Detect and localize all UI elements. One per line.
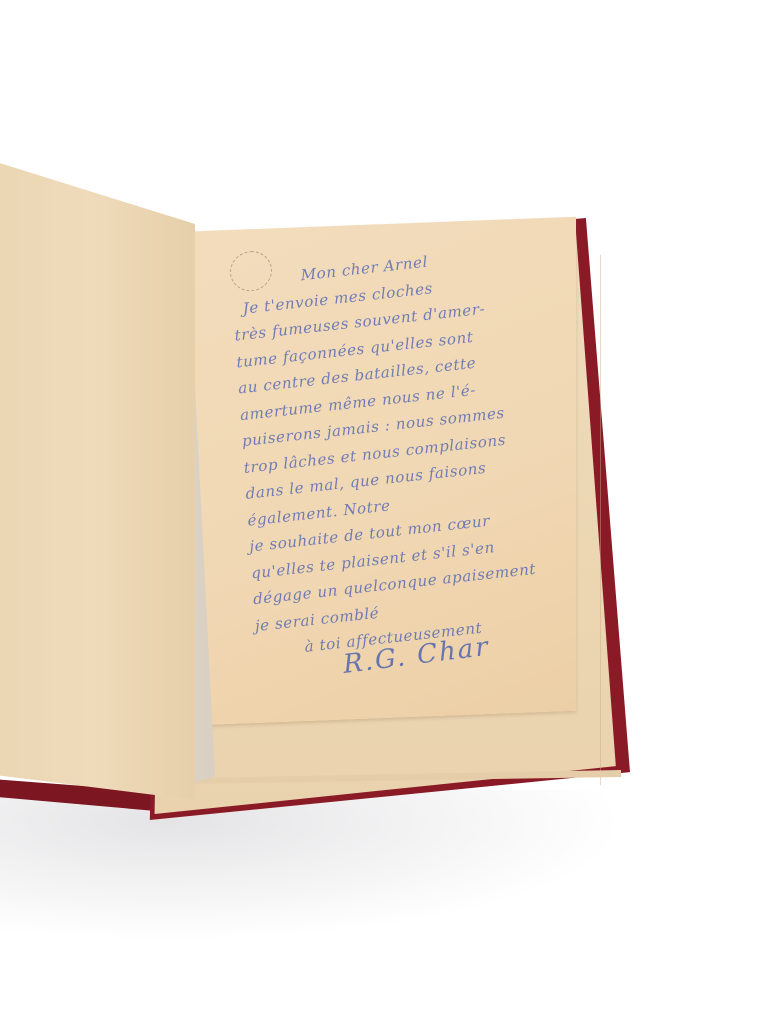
photo-scene: Mon cher Arnel Je t'envoie mes cloches t…	[0, 0, 768, 1024]
floor-shadow	[0, 790, 660, 950]
left-page-curled	[0, 160, 195, 800]
letter-text: Mon cher Arnel Je t'envoie mes cloches t…	[230, 234, 593, 666]
handwritten-letter: Mon cher Arnel Je t'envoie mes cloches t…	[178, 217, 576, 726]
